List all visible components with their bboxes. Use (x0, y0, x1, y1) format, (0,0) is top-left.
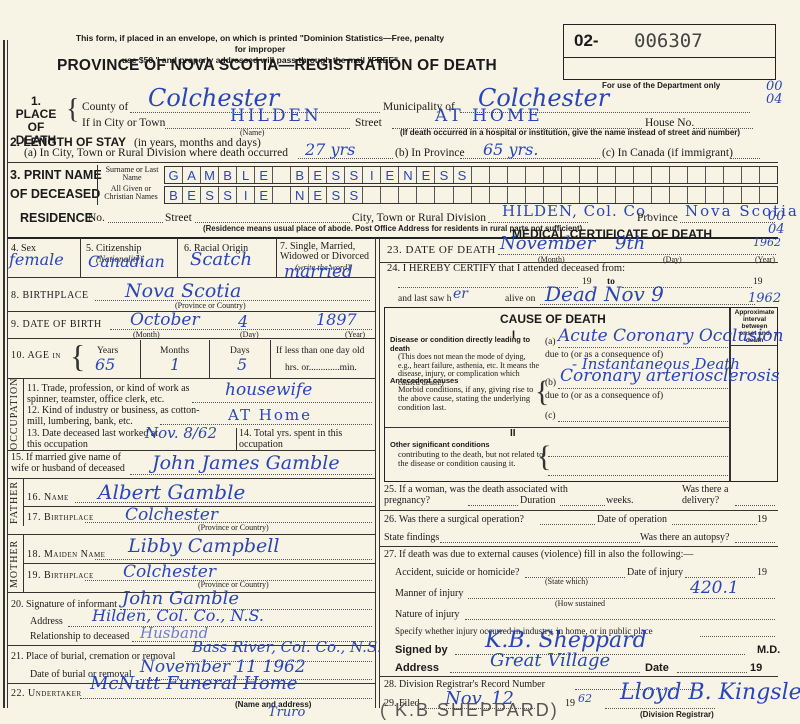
letter-box[interactable] (634, 187, 652, 203)
dept-note: For use of the Department only (602, 81, 720, 90)
cause-title: CAUSE OF DEATH (500, 312, 606, 326)
citizenship-value: Canadian (88, 252, 165, 271)
letter-box[interactable] (724, 167, 742, 183)
cause-a-value: Acute Coronary Occlusion (558, 326, 784, 346)
registrar-signature: Lloyd B. Kingsley (620, 680, 800, 705)
cell-divider (209, 340, 210, 378)
residence-province-line (680, 222, 775, 223)
how-sustained: (How sustained (555, 599, 605, 608)
letter-box[interactable] (544, 167, 562, 183)
nature-label: Nature of injury (395, 609, 459, 620)
letter-box[interactable]: G (165, 167, 183, 183)
street-label: Street (355, 117, 382, 129)
q11-line (192, 402, 372, 403)
section-ii: II (510, 428, 516, 439)
print-name-line2: OF DECEASED (10, 185, 102, 204)
cause-b-label: (b) (545, 378, 556, 388)
autopsy-label: Was there an autopsy? (640, 532, 729, 543)
md-label: M.D. (757, 644, 780, 656)
brace: { (537, 440, 551, 474)
surname-label: Surname or Last Name (103, 166, 161, 182)
letter-box[interactable] (580, 187, 598, 203)
letter-box[interactable]: S (454, 167, 472, 183)
letter-box[interactable] (598, 167, 616, 183)
less-than-day-label: If less than one day old (276, 346, 364, 356)
q25-delivery-line (735, 505, 775, 506)
stay-b-value: 65 yrs. (483, 140, 538, 159)
divider (385, 427, 730, 428)
q14-label: 14. Total yrs. spent in this occupation (239, 428, 374, 450)
letter-box[interactable]: L (237, 167, 255, 183)
undertaker-value: McNutt Funeral Home (90, 673, 297, 694)
q26-19: 19 (757, 514, 767, 525)
letter-box[interactable]: E (255, 187, 273, 203)
signed-label: Signed by (395, 644, 448, 656)
injury-date-label: Date of injury (627, 567, 683, 578)
residence-street-line (195, 222, 350, 223)
undertaker-extra: Truro (268, 705, 305, 720)
notice-line-1: This form, if placed in an envelope, on … (70, 33, 450, 55)
cell-divider (236, 428, 237, 450)
letter-box[interactable]: A (183, 167, 201, 183)
filed-year: 62 (578, 692, 592, 705)
alive-year: 1962 (748, 291, 781, 306)
certify-label: 24. I HEREBY CERTIFY that I attended dec… (387, 263, 625, 274)
q27-label: 27. If death was due to external causes … (384, 549, 693, 560)
stay-a-label: (a) In City, Town or Rural Division wher… (24, 147, 288, 159)
dob-year: 1897 (316, 310, 357, 329)
residence-city-label: City, Town or Rural Division (352, 212, 486, 224)
q25-weeks: weeks. (606, 495, 634, 506)
years-value: 65 (95, 355, 115, 374)
father-name-label: 16. Name (27, 492, 69, 503)
residence-province-label: Province (637, 212, 678, 224)
residence-city-line (488, 222, 588, 223)
letter-box[interactable]: S (345, 187, 363, 203)
cell-divider (80, 238, 81, 277)
divider (8, 338, 375, 339)
reg-number: 006307 (634, 30, 703, 52)
address-value: Great Village (490, 650, 610, 671)
letter-box[interactable] (472, 167, 490, 183)
letter-box[interactable]: N (399, 167, 417, 183)
letter-box[interactable]: E (255, 167, 273, 183)
manner-line (468, 598, 775, 599)
letter-box[interactable] (526, 187, 544, 203)
letter-box[interactable] (526, 167, 544, 183)
dod-year: 1962 (753, 236, 781, 249)
divider (8, 450, 375, 451)
other-note: contributing to the death, but not relat… (390, 450, 545, 469)
letter-box[interactable] (580, 167, 598, 183)
cell-divider (270, 340, 271, 378)
residence-city: HILDEN, Col. Co. (502, 202, 652, 220)
letter-box[interactable] (742, 187, 760, 203)
registrar-caption: (Division Registrar) (640, 710, 714, 719)
letter-box[interactable]: B (291, 167, 309, 183)
birthplace-caption: (Province or Country) (175, 301, 246, 310)
dob-month: October (130, 310, 200, 330)
letter-box[interactable] (363, 187, 381, 203)
margin-code-1: 00 04 (766, 80, 783, 106)
relationship-label: Relationship to deceased (30, 631, 129, 642)
letter-box[interactable] (454, 187, 472, 203)
stay-b-label: (b) In Province (395, 147, 465, 159)
letter-box[interactable]: B (219, 167, 237, 183)
father-birthplace-caption: (Province or Country) (198, 523, 269, 532)
stay-c-line (730, 158, 760, 159)
birthplace-label: 8. BIRTHPLACE (11, 290, 89, 301)
letter-box[interactable]: E (417, 167, 435, 183)
letter-box[interactable] (399, 187, 417, 203)
left-border-inner (7, 40, 8, 708)
letter-box[interactable] (724, 187, 742, 203)
q25-delivery: Was there a delivery? (682, 484, 762, 506)
residence-street-label: Street (165, 212, 192, 224)
city-label: If in City or Town (82, 117, 165, 129)
dod-month: November (500, 233, 595, 254)
letter-box[interactable]: S (219, 187, 237, 203)
letter-box[interactable] (760, 167, 777, 183)
side-divider (23, 478, 24, 526)
letter-box[interactable] (381, 187, 399, 203)
divider (8, 162, 778, 163)
dod-day: 9th (615, 233, 645, 254)
reg-prefix: 02- (574, 31, 599, 51)
letter-box[interactable] (562, 187, 580, 203)
informant-address: Hilden, Col. Co., N.S. (92, 606, 264, 625)
spouse-line (130, 474, 372, 475)
dob-label: 9. DATE OF BIRTH (11, 319, 102, 330)
q11-label: 11. Trade, profession, or kind of work a… (27, 383, 192, 405)
letter-box[interactable] (616, 187, 634, 203)
cause-a-line (558, 347, 728, 348)
cause-c-line (558, 421, 728, 422)
letter-box[interactable] (508, 187, 526, 203)
other-line-2 (548, 475, 728, 476)
father-birthplace: Colchester (125, 505, 218, 525)
letter-box[interactable]: I (237, 187, 255, 203)
spouse-label: 15. If married give name of wife or husb… (11, 452, 136, 474)
street-value: AT HOME (435, 106, 543, 126)
city-value: HILDEN (230, 106, 322, 126)
dob-day: 4 (238, 312, 248, 331)
letter-box[interactable]: S (327, 167, 345, 183)
q11-value: housewife (225, 380, 312, 400)
letter-box[interactable]: S (327, 187, 345, 203)
name-divider (97, 165, 98, 205)
mother-maiden: Libby Campbell (128, 535, 279, 557)
letter-box[interactable]: E (183, 187, 201, 203)
letter-box[interactable] (544, 187, 562, 203)
date-label: Date (645, 662, 669, 674)
informant-address-line (68, 626, 372, 627)
cell-divider (276, 238, 277, 277)
residence-no-label: No. (88, 212, 105, 224)
cause-b-value: Coronary arteriosclerosis (560, 366, 780, 386)
letter-box[interactable] (634, 167, 652, 183)
brace: { (66, 94, 79, 126)
injury-19: 19 (757, 567, 767, 578)
dod-label: 23. DATE OF DEATH (387, 244, 496, 256)
letter-box[interactable] (688, 167, 706, 183)
informant-address-label: Address (30, 616, 63, 627)
letter-box[interactable] (472, 187, 490, 203)
mother-birthplace-label: 19. Birthplace (27, 570, 94, 581)
mother-side-label: MOTHER (9, 538, 22, 590)
divider (8, 478, 375, 479)
occupation-side-label: OCCUPATION (9, 382, 22, 450)
letter-box[interactable] (417, 187, 435, 203)
antecedent-block: Antecedent causes Morbid conditions, if … (390, 376, 540, 412)
letter-box[interactable] (742, 167, 760, 183)
other-line-1 (548, 456, 728, 457)
address-line (450, 672, 640, 673)
letter-box[interactable]: S (201, 187, 219, 203)
to-19: 19 (753, 277, 763, 287)
days-value: 5 (237, 355, 247, 374)
stay-a-value: 27 yrs (305, 140, 355, 159)
q26-date-label: Date of operation (597, 514, 667, 525)
letter-box[interactable]: E (381, 167, 399, 183)
filed-19: 19 (565, 698, 575, 709)
cell-divider (140, 340, 141, 378)
findings-line (440, 542, 640, 543)
side-divider (23, 378, 24, 450)
divider (8, 277, 375, 278)
nature-line (465, 619, 775, 620)
letter-box[interactable]: M (201, 167, 219, 183)
specify-line (700, 636, 775, 637)
cause-a-label: (a) (545, 337, 556, 347)
alive-on-label: alive on (505, 294, 535, 304)
margin-code-2: 00 04 (768, 210, 785, 236)
given-label: All Given or Christian Names (100, 185, 162, 201)
birthplace-value: Nova Scotia (125, 280, 241, 302)
residence-label: RESIDENCE (20, 211, 93, 225)
address-label: Address (395, 662, 439, 674)
q26-date-line (672, 524, 757, 525)
letter-box[interactable] (688, 187, 706, 203)
mother-maiden-label: 18. Maiden Name (27, 549, 105, 560)
q13-value: Nov. 8/62 (145, 424, 217, 442)
cause-c-label: (c) (545, 411, 556, 421)
letter-box[interactable] (652, 187, 670, 203)
q26-line (540, 524, 595, 525)
registration-number-box: 02- 006307 (563, 24, 776, 80)
age-label: 10. AGE in (11, 350, 61, 361)
mother-birthplace: Colchester (123, 562, 216, 582)
letter-box[interactable] (273, 167, 291, 183)
letter-box[interactable] (652, 167, 670, 183)
divider (380, 546, 778, 547)
other-conditions-block: Other significant conditions contributin… (390, 440, 545, 469)
marital-label: 7. Single, Married, Widowed or Divorced (280, 242, 375, 262)
letter-box[interactable]: E (309, 167, 327, 183)
q26-label: 26. Was there a surgical operation? (384, 514, 524, 525)
q12-value: AT Home (228, 406, 312, 424)
print-name-label: 3. PRINT NAME OF DECEASED (10, 166, 102, 204)
surname-boxes[interactable]: GAMBLEBESSIENESS (164, 166, 778, 184)
letter-box[interactable] (435, 187, 453, 203)
left-border (3, 40, 5, 708)
q25-duration-line (560, 505, 605, 506)
cell-divider (177, 238, 178, 277)
manner-label: Manner of injury (395, 588, 463, 599)
findings-label: State findings (384, 532, 439, 543)
letter-box[interactable] (760, 187, 777, 203)
letter-box[interactable] (490, 167, 508, 183)
q25-duration: Duration (520, 495, 556, 506)
letter-box[interactable]: S (435, 167, 453, 183)
letter-box[interactable]: E (309, 187, 327, 203)
letter-box[interactable] (273, 187, 291, 203)
date-19: 19 (750, 662, 762, 674)
mother-maiden-line (95, 559, 372, 560)
letter-box[interactable] (562, 167, 580, 183)
antecedent-note: Morbid conditions, if any, giving rise t… (390, 385, 540, 412)
letter-box[interactable]: I (363, 167, 381, 183)
date-line (677, 672, 747, 673)
burial-place: Bass River, Col. Co., N.S. (192, 638, 381, 656)
code-value: 420.1 (690, 578, 739, 598)
due-to-2: due to (or as a consequence of) (545, 391, 663, 401)
letter-box[interactable] (706, 167, 724, 183)
divider (380, 510, 778, 511)
printed-physician-name: ( K.B SHEPPARD) (380, 700, 559, 721)
months-value: 1 (170, 355, 180, 374)
alive-on-value: Dead Nov 9 (545, 282, 664, 306)
letter-box[interactable] (490, 187, 508, 203)
county-label: County of (82, 101, 128, 113)
father-name: Albert Gamble (98, 480, 245, 504)
father-birthplace-label: 17. Birthplace (27, 512, 94, 523)
letter-box[interactable] (670, 187, 688, 203)
residence-no-line (108, 222, 163, 223)
divider (8, 378, 375, 379)
marital-value: married (284, 262, 353, 282)
hrs-min-label: hrs. or.............min. (285, 363, 357, 373)
letter-box[interactable] (706, 187, 724, 203)
letter-box[interactable]: N (291, 187, 309, 203)
racial-value: Scatch (190, 249, 252, 270)
letter-box[interactable]: B (165, 187, 183, 203)
letter-box[interactable] (598, 187, 616, 203)
stay-c-label: (c) In Canada (if immigrant) (602, 147, 733, 159)
cause-b-line (558, 388, 728, 389)
divider (380, 676, 778, 677)
page-title: PROVINCE OF NOVA SCOTIA—REGISTRATION OF … (57, 57, 497, 75)
letter-box[interactable] (616, 167, 634, 183)
hospital-note: (If death occurred in a hospital or inst… (400, 128, 740, 137)
spouse-value: John James Gamble (152, 452, 340, 474)
last-saw-pronoun: er (453, 286, 468, 302)
state-which: (State which) (545, 577, 588, 586)
sex-value: female (9, 250, 64, 269)
registrar-line (605, 708, 715, 709)
direct-label: Disease or condition directly leading to… (390, 336, 540, 353)
autopsy-line (735, 542, 775, 543)
brace: { (70, 338, 85, 375)
undertaker-line (80, 698, 372, 699)
q25-line (468, 505, 518, 506)
letter-box[interactable] (508, 167, 526, 183)
father-side-label: FATHER (9, 482, 22, 524)
last-saw-label: and last saw h (398, 294, 452, 304)
accident-label: Accident, suicide or homicide? (395, 567, 519, 578)
letter-box[interactable]: S (345, 167, 363, 183)
letter-box[interactable] (670, 167, 688, 183)
print-name-line1: 3. PRINT NAME (10, 166, 102, 185)
undertaker-label: 22. Undertaker (11, 688, 82, 699)
